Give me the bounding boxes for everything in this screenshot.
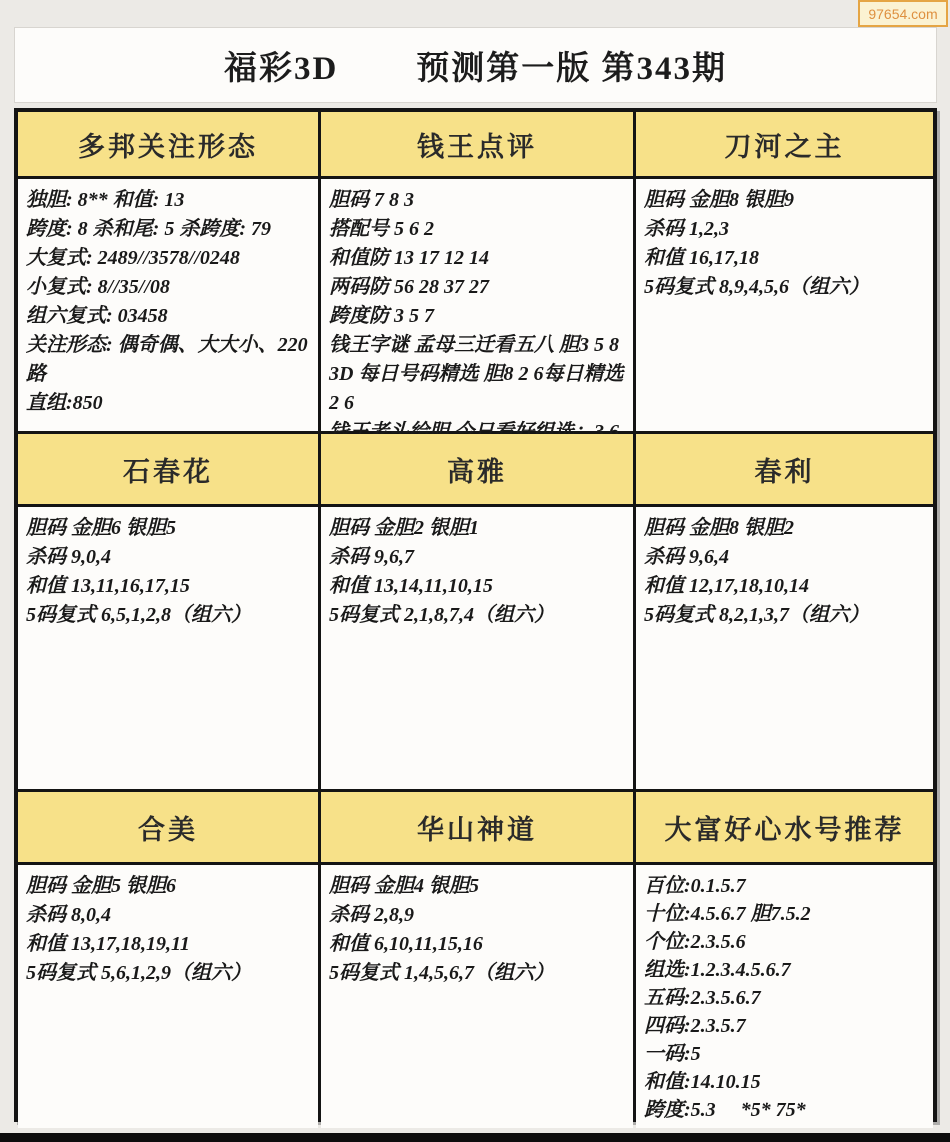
panel-line: 跨度防 3 5 7 bbox=[329, 302, 625, 331]
panel-line: 杀码 2,8,9 bbox=[329, 901, 625, 930]
panel-line: 杀码 9,0,4 bbox=[26, 543, 310, 572]
panel-line: 和值 16,17,18 bbox=[644, 244, 925, 273]
panel-header-dafu-haoxin: 大富好心水号推荐 bbox=[636, 792, 933, 862]
page-title-edition: 预测第一版 第343期 bbox=[416, 42, 727, 89]
panel-line: 和值:14.10.15 bbox=[644, 1068, 925, 1096]
panel-line: 胆码 金胆2 银胆1 bbox=[329, 514, 625, 543]
panel-line: 杀码 8,0,4 bbox=[26, 901, 310, 930]
panel-line: 杀码 9,6,4 bbox=[644, 543, 925, 572]
panel-line: 大复式: 2489//3578//0248 bbox=[26, 244, 310, 273]
panel-header-qianwang-dianping: 钱王点评 bbox=[321, 112, 633, 176]
panel-header-shichunhua: 石春花 bbox=[18, 434, 318, 504]
page-title-brand: 福彩3D bbox=[224, 42, 338, 89]
panel-line: 跨度:5.3 *5* 75* bbox=[644, 1096, 925, 1124]
panel-body-hemei: 胆码 金胆5 银胆6 杀码 8,0,4 和值 13,17,18,19,11 5码… bbox=[18, 865, 318, 1128]
panel-line: 胆码 金胆6 银胆5 bbox=[26, 514, 310, 543]
panel-line: 搭配号 5 6 2 bbox=[329, 215, 625, 244]
panel-line: 和值 6,10,11,15,16 bbox=[329, 930, 625, 959]
panel-body-duobang-guanzhu: 独胆: 8** 和值: 13 跨度: 8 杀和尾: 5 杀跨度: 79 大复式:… bbox=[18, 179, 318, 431]
bottom-divider-bar bbox=[0, 1133, 950, 1142]
panel-line: 钱王字谜 孟母三迁看五八 胆3 5 8 bbox=[329, 331, 625, 360]
panel-line: 十位:4.5.6.7 胆7.5.2 bbox=[644, 900, 925, 928]
panel-body-shichunhua: 胆码 金胆6 银胆5 杀码 9,0,4 和值 13,11,16,17,15 5码… bbox=[18, 507, 318, 789]
panel-line: 组六复式: 03458 bbox=[26, 302, 310, 331]
panel-line: 和值 13,11,16,17,15 bbox=[26, 572, 310, 601]
panel-line: 和值防 13 17 12 14 bbox=[329, 244, 625, 273]
panel-line: 杀码 9,6,7 bbox=[329, 543, 625, 572]
panel-line: 小复式: 8//35//08 bbox=[26, 273, 310, 302]
panel-body-daohe-zhizhu: 胆码 金胆8 银胆9 杀码 1,2,3 和值 16,17,18 5码复式 8,9… bbox=[636, 179, 933, 431]
panel-line: 跨度: 8 杀和尾: 5 杀跨度: 79 bbox=[26, 215, 310, 244]
panel-line: 和值 13,17,18,19,11 bbox=[26, 930, 310, 959]
panel-line: 一码:5 bbox=[644, 1040, 925, 1068]
panel-line: 百位:0.1.5.7 bbox=[644, 872, 925, 900]
page-title: 福彩3D 预测第一版 第343期 bbox=[14, 27, 937, 103]
panel-line: 和值 13,14,11,10,15 bbox=[329, 572, 625, 601]
prediction-grid: 多邦关注形态 钱王点评 刀河之主 独胆: 8** 和值: 13 跨度: 8 杀和… bbox=[14, 108, 937, 1122]
panel-line: 两码防 56 28 37 27 bbox=[329, 273, 625, 302]
panel-line: 5码复式 6,5,1,2,8（组六） bbox=[26, 601, 310, 630]
panel-line: 组选:1.2.3.4.5.6.7 bbox=[644, 956, 925, 984]
panel-header-hemei: 合美 bbox=[18, 792, 318, 862]
panel-line: 5码复式 1,4,5,6,7（组六） bbox=[329, 959, 625, 988]
panel-line: 3D 每日号码精选 胆8 2 6每日精选 2 6 bbox=[329, 360, 625, 418]
panel-body-chunli: 胆码 金胆8 银胆2 杀码 9,6,4 和值 12,17,18,10,14 5码… bbox=[636, 507, 933, 789]
panel-line: 5码复式 8,2,1,3,7（组六） bbox=[644, 601, 925, 630]
panel-body-huashan-shendao: 胆码 金胆4 银胆5 杀码 2,8,9 和值 6,10,11,15,16 5码复… bbox=[321, 865, 633, 1128]
panel-line: 五码:2.3.5.6.7 bbox=[644, 984, 925, 1012]
panel-line: 个位:2.3.5.6 bbox=[644, 928, 925, 956]
panel-line: 胆码 金胆8 银胆2 bbox=[644, 514, 925, 543]
panel-line: 胆码 金胆8 银胆9 bbox=[644, 186, 925, 215]
watermark-97654: 97654.com bbox=[858, 0, 948, 27]
panel-header-chunli: 春利 bbox=[636, 434, 933, 504]
panel-line: 胆码 7 8 3 bbox=[329, 186, 625, 215]
panel-line: 5码复式 5,6,1,2,9（组六） bbox=[26, 959, 310, 988]
panel-body-gaoya: 胆码 金胆2 银胆1 杀码 9,6,7 和值 13,14,11,10,15 5码… bbox=[321, 507, 633, 789]
panel-header-huashan-shendao: 华山神道 bbox=[321, 792, 633, 862]
panel-line: 胆码 金胆4 银胆5 bbox=[329, 872, 625, 901]
panel-header-duobang-guanzhu: 多邦关注形态 bbox=[18, 112, 318, 176]
panel-line: 和值 12,17,18,10,14 bbox=[644, 572, 925, 601]
panel-line: 5码复式 8,9,4,5,6（组六） bbox=[644, 273, 925, 302]
panel-body-dafu-haoxin: 百位:0.1.5.7 十位:4.5.6.7 胆7.5.2 个位:2.3.5.6 … bbox=[636, 865, 933, 1128]
panel-line: 5码复式 2,1,8,7,4（组六） bbox=[329, 601, 625, 630]
panel-header-daohe-zhizhu: 刀河之主 bbox=[636, 112, 933, 176]
panel-line: 胆码 金胆5 银胆6 bbox=[26, 872, 310, 901]
panel-line: 杀码 1,2,3 bbox=[644, 215, 925, 244]
panel-header-gaoya: 高雅 bbox=[321, 434, 633, 504]
panel-line: 独胆: 8** 和值: 13 bbox=[26, 186, 310, 215]
panel-line: 关注形态: 偶奇偶、大大小、220路 bbox=[26, 331, 310, 389]
panel-line: 直组:850 bbox=[26, 389, 310, 418]
panel-line: 四码:2.3.5.7 bbox=[644, 1012, 925, 1040]
panel-body-qianwang-dianping: 胆码 7 8 3 搭配号 5 6 2 和值防 13 17 12 14 两码防 5… bbox=[321, 179, 633, 431]
